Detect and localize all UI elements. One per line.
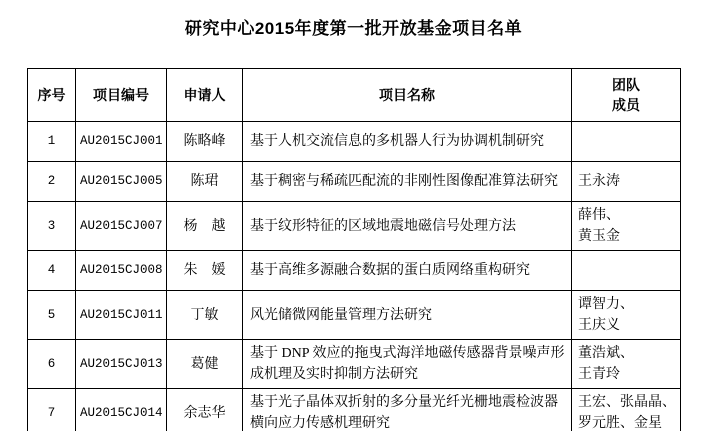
cell-serial-number: 2 [28, 162, 76, 202]
page-title: 研究中心2015年度第一批开放基金项目名单 [0, 14, 707, 39]
cell-team-members: 王永涛 [572, 162, 681, 202]
cell-team-members [572, 122, 681, 162]
cell-project-name: 基于 DNP 效应的拖曳式海洋地磁传感器背景噪声形成机理及实时抑制方法研究 [243, 340, 572, 389]
cell-applicant: 葛健 [167, 340, 243, 389]
table-row: 3 AU2015CJ007 杨 越 基于纹形特征的区域地震地磁信号处理方法 薛伟… [28, 202, 681, 251]
fund-project-table: 序号 项目编号 申请人 项目名称 团队 成员 1 AU2015CJ001 陈略峰… [27, 68, 681, 431]
table-header-row: 序号 项目编号 申请人 项目名称 团队 成员 [28, 69, 681, 122]
cell-project-code: AU2015CJ013 [76, 340, 167, 389]
cell-serial-number: 5 [28, 291, 76, 340]
cell-applicant: 陈略峰 [167, 122, 243, 162]
cell-project-code: AU2015CJ001 [76, 122, 167, 162]
cell-applicant: 陈珺 [167, 162, 243, 202]
column-header-project: 项目名称 [243, 69, 572, 122]
cell-project-code: AU2015CJ008 [76, 251, 167, 291]
cell-serial-number: 6 [28, 340, 76, 389]
column-header-members: 团队 成员 [572, 69, 681, 122]
column-header-code: 项目编号 [76, 69, 167, 122]
cell-serial-number: 4 [28, 251, 76, 291]
cell-project-code: AU2015CJ014 [76, 389, 167, 431]
cell-project-name: 风光储微网能量管理方法研究 [243, 291, 572, 340]
column-header-applicant: 申请人 [167, 69, 243, 122]
table-body: 1 AU2015CJ001 陈略峰 基于人机交流信息的多机器人行为协调机制研究 … [28, 122, 681, 431]
table-row: 6 AU2015CJ013 葛健 基于 DNP 效应的拖曳式海洋地磁传感器背景噪… [28, 340, 681, 389]
cell-team-members: 董浩斌、 王青玲 [572, 340, 681, 389]
cell-project-name: 基于光子晶体双折射的多分量光纤光栅地震检波器横向应力传感机理研究 [243, 389, 572, 431]
cell-applicant: 朱 媛 [167, 251, 243, 291]
cell-serial-number: 7 [28, 389, 76, 431]
table-row: 1 AU2015CJ001 陈略峰 基于人机交流信息的多机器人行为协调机制研究 [28, 122, 681, 162]
cell-team-members: 谭智力、 王庆义 [572, 291, 681, 340]
cell-project-name: 基于稠密与稀疏匹配流的非刚性图像配准算法研究 [243, 162, 572, 202]
cell-team-members: 薛伟、 黄玉金 [572, 202, 681, 251]
table-row: 5 AU2015CJ011 丁敏 风光储微网能量管理方法研究 谭智力、 王庆义 [28, 291, 681, 340]
cell-applicant: 丁敏 [167, 291, 243, 340]
cell-team-members [572, 251, 681, 291]
cell-applicant: 杨 越 [167, 202, 243, 251]
cell-project-name: 基于纹形特征的区域地震地磁信号处理方法 [243, 202, 572, 251]
cell-serial-number: 3 [28, 202, 76, 251]
cell-team-members: 王宏、张晶晶、 罗元胜、金星 [572, 389, 681, 431]
table-row: 7 AU2015CJ014 余志华 基于光子晶体双折射的多分量光纤光栅地震检波器… [28, 389, 681, 431]
column-header-no: 序号 [28, 69, 76, 122]
table-row: 2 AU2015CJ005 陈珺 基于稠密与稀疏匹配流的非刚性图像配准算法研究 … [28, 162, 681, 202]
cell-project-code: AU2015CJ007 [76, 202, 167, 251]
cell-applicant: 余志华 [167, 389, 243, 431]
cell-project-code: AU2015CJ011 [76, 291, 167, 340]
cell-project-code: AU2015CJ005 [76, 162, 167, 202]
cell-project-name: 基于人机交流信息的多机器人行为协调机制研究 [243, 122, 572, 162]
cell-project-name: 基于高维多源融合数据的蛋白质网络重构研究 [243, 251, 572, 291]
table-row: 4 AU2015CJ008 朱 媛 基于高维多源融合数据的蛋白质网络重构研究 [28, 251, 681, 291]
cell-serial-number: 1 [28, 122, 76, 162]
